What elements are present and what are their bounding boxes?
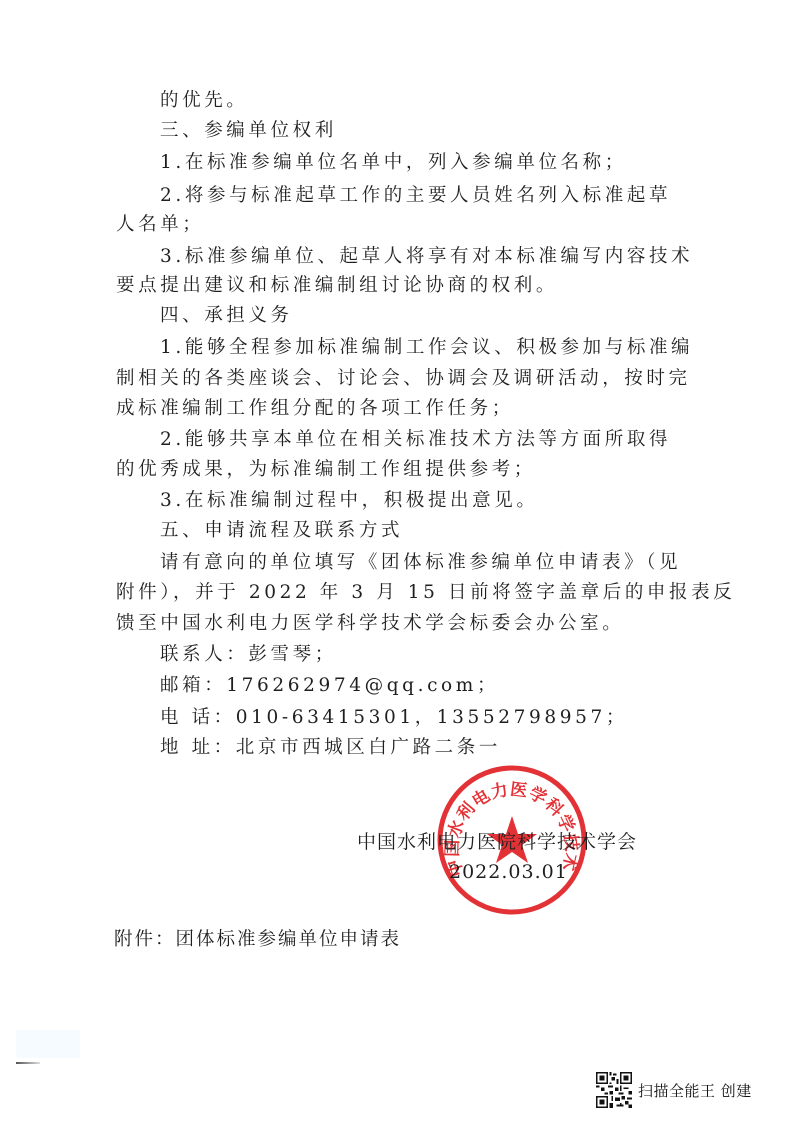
document-line: 附件），并于 2022 年 3 月 15 日前将签字盖章后的申报表反 — [116, 580, 735, 606]
attachment-note: 附件：团体标准参编单位申请表 — [114, 925, 401, 951]
document-page: 的优先。三、参编单位权利1.在标准参编单位名单中，列入参编单位名称；2.将参与标… — [0, 0, 793, 1123]
document-line: 要点提出建议和标准编制组讨论协商的权利。 — [116, 273, 558, 299]
qr-code-icon — [596, 1072, 632, 1108]
document-line: 邮箱：176262974@qq.com； — [160, 673, 499, 699]
document-line: 人名单； — [116, 212, 204, 238]
document-line: 四、承担义务 — [160, 303, 293, 329]
scan-artifact — [16, 1030, 80, 1058]
document-line: 3.在标准编制过程中，积极提出意见。 — [160, 488, 538, 514]
signature-date: 2022.03.01 — [449, 861, 568, 883]
document-line: 五、申请流程及联系方式 — [160, 518, 403, 544]
document-line: 1.在标准参编单位名单中，列入参编单位名称； — [160, 150, 627, 176]
document-line: 地 址：北京市西城区白广路二条一 — [160, 735, 501, 761]
document-line: 2.将参与标准起草工作的主要人员姓名列入标准起草 — [160, 183, 671, 209]
scanner-watermark: 扫描全能王 创建 — [596, 1072, 752, 1108]
document-line: 馈至中国水利电力医学科学技术学会标委会办公室。 — [116, 611, 624, 637]
document-line: 1.能够全程参加标准编制工作会议、积极参加与标准编 — [160, 335, 693, 361]
document-line: 成标准编制工作组分配的各项工作任务； — [116, 396, 514, 422]
document-line: 三、参编单位权利 — [160, 118, 337, 144]
document-line: 请有意向的单位填写《团体标准参编单位申请表》（见 — [160, 550, 681, 576]
watermark-text: 扫描全能王 创建 — [638, 1080, 752, 1101]
signature-organization: 中国水利电力医院科学技术学会 — [357, 827, 637, 854]
document-line: 的优先。 — [160, 88, 248, 114]
document-line: 的优秀成果，为标准编制工作组提供参考； — [116, 457, 536, 483]
document-line: 3.标准参编单位、起草人将享有对本标准编写内容技术 — [160, 244, 693, 270]
document-line: 2.能够共享本单位在相关标准技术方法等方面所取得 — [160, 427, 671, 453]
page-edge-mark — [16, 1062, 40, 1064]
document-line: 制相关的各类座谈会、讨论会、协调会及调研活动，按时完 — [116, 366, 691, 392]
document-line: 联系人：彭雪琴； — [160, 642, 337, 668]
document-line: 电 话：010-63415301，13552798957； — [160, 705, 628, 731]
